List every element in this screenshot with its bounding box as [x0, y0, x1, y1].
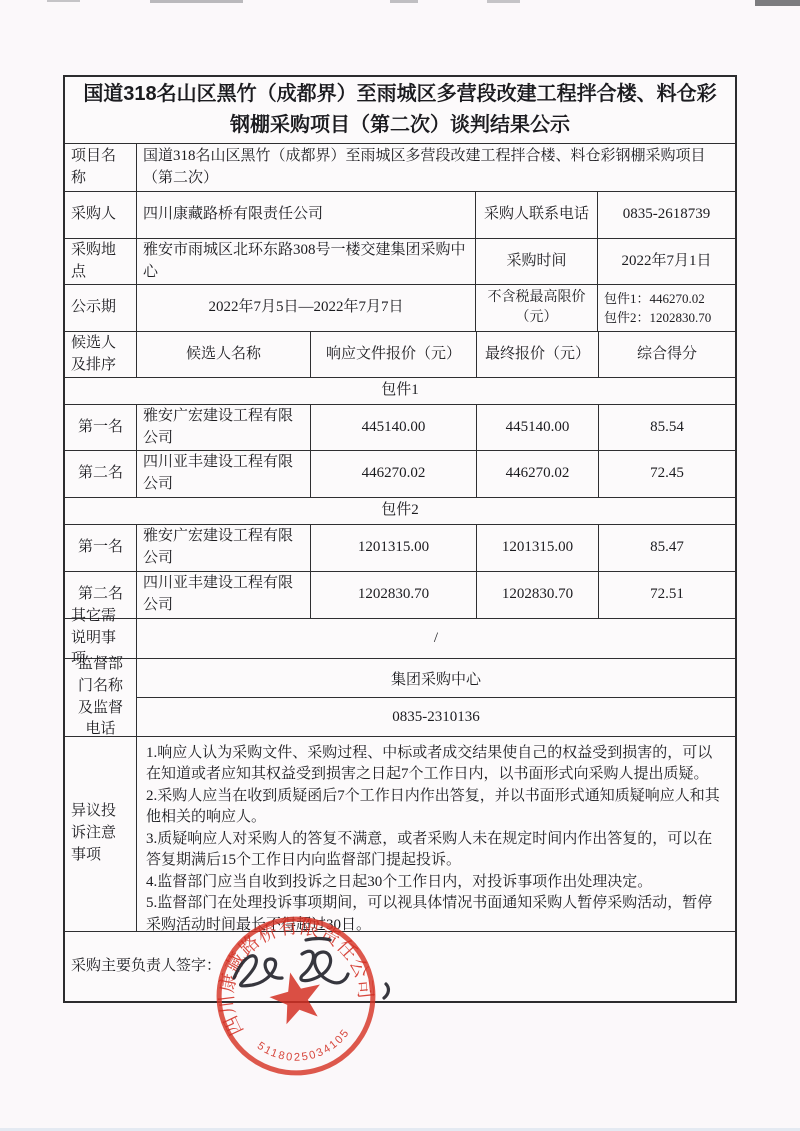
rank-cell: 第一名	[65, 525, 136, 571]
price-limit-pkg1: 包件1：446270.02	[604, 289, 711, 309]
scan-artifact	[47, 0, 80, 2]
table-row: 项目名称 国道318名山区黑竹（成都界）至雨城区多营段改建工程拌合楼、料仓彩钢棚…	[65, 144, 735, 192]
supervision-label: 监督部门名称及监督电话	[65, 659, 136, 736]
candidate-name-cell: 四川亚丰建设工程有限公司	[136, 572, 310, 618]
candidate-name-cell: 雅安广宏建设工程有限公司	[136, 525, 310, 571]
score-cell: 85.47	[598, 525, 735, 571]
purchaser-label: 采购人	[65, 192, 136, 238]
purchase-time-value: 2022年7月1日	[597, 239, 735, 284]
package1-title: 包件1	[65, 378, 735, 404]
objection-label: 异议投诉注意事项	[65, 737, 136, 931]
page-title: 国道318名山区黑竹（成都界）至雨城区多营段改建工程拌合楼、料仓彩钢棚采购项目（…	[65, 77, 735, 143]
other-notes-label: 其它需说明事项	[65, 619, 136, 658]
purchase-time-label: 采购时间	[475, 239, 597, 284]
objection-item-4: 4.监督部门应当自收到投诉之日起30个工作日内，对投诉事项作出处理决定。	[146, 872, 726, 893]
col-header-name: 候选人名称	[136, 332, 310, 377]
score-cell: 85.54	[598, 405, 735, 450]
rank-cell: 第一名	[65, 405, 136, 450]
bid-price-cell: 446270.02	[310, 451, 476, 497]
candidate-row: 第二名 四川亚丰建设工程有限公司 446270.02 446270.02 72.…	[65, 451, 735, 498]
candidate-name-cell: 四川亚丰建设工程有限公司	[136, 451, 310, 497]
purchaser-value: 四川康藏路桥有限责任公司	[136, 192, 475, 238]
price-limit-values: 包件1：446270.02 包件2：1202830.70	[597, 285, 735, 331]
final-price-cell: 445140.00	[476, 405, 598, 450]
bid-price-cell: 1201315.00	[310, 525, 476, 571]
publicity-period-value: 2022年7月5日—2022年7月7日	[136, 285, 475, 331]
scan-artifact	[487, 0, 520, 3]
table-row: 采购地点 雅安市雨城区北环东路308号一楼交建集团采购中心 采购时间 2022年…	[65, 239, 735, 285]
objection-item-3: 3.质疑响应人对采购人的答复不满意，或者采购人未在规定时间内作出答复的，可以在答…	[146, 829, 726, 872]
bid-price-cell: 445140.00	[310, 405, 476, 450]
candidate-name-cell: 雅安广宏建设工程有限公司	[136, 405, 310, 450]
candidate-row: 第一名 雅安广宏建设工程有限公司 445140.00 445140.00 85.…	[65, 405, 735, 451]
supervision-department: 集团采购中心	[137, 659, 735, 698]
col-header-bid: 响应文件报价（元）	[310, 332, 476, 377]
score-cell: 72.45	[598, 451, 735, 497]
objection-row: 异议投诉注意事项 1.响应人认为采购文件、采购过程、中标或者成交结果使自己的权益…	[65, 737, 735, 932]
objection-item-1: 1.响应人认为采购文件、采购过程、中标或者成交结果使自己的权益受到损害的，可以在…	[146, 743, 726, 786]
supervision-phone: 0835-2310136	[137, 698, 735, 736]
table-row: 国道318名山区黑竹（成都界）至雨城区多营段改建工程拌合楼、料仓彩钢棚采购项目（…	[65, 77, 735, 144]
objection-item-2: 2.采购人应当在收到质疑函后7个工作日内作出答复，并以书面形式通知质疑响应人和其…	[146, 786, 726, 829]
package2-title: 包件2	[65, 498, 735, 524]
supervision-row: 监督部门名称及监督电话 集团采购中心 0835-2310136	[65, 659, 735, 737]
scan-artifact	[150, 0, 243, 3]
table-row: 采购人 四川康藏路桥有限责任公司 采购人联系电话 0835-2618739	[65, 192, 735, 239]
bid-price-cell: 1202830.70	[310, 572, 476, 618]
final-price-cell: 1202830.70	[476, 572, 598, 618]
signature-stroke	[306, 939, 330, 941]
price-limit-pkg2: 包件2：1202830.70	[604, 308, 711, 328]
signature-stroke	[301, 951, 348, 983]
table-row: 公示期 2022年7月5日—2022年7月7日 不含税最高限价（元） 包件1：4…	[65, 285, 735, 332]
score-cell: 72.51	[598, 572, 735, 618]
objection-body: 1.响应人认为采购文件、采购过程、中标或者成交结果使自己的权益受到损害的，可以在…	[136, 737, 735, 931]
publicity-period-label: 公示期	[65, 285, 136, 331]
col-header-final: 最终报价（元）	[476, 332, 598, 377]
package-header-row: 包件1	[65, 378, 735, 405]
location-value: 雅安市雨城区北环东路308号一楼交建集团采购中心	[136, 239, 475, 284]
col-header-score: 综合得分	[598, 332, 735, 377]
candidates-header-row: 候选人及排序 候选人名称 响应文件报价（元） 最终报价（元） 综合得分	[65, 332, 735, 378]
project-name-label: 项目名称	[65, 144, 136, 191]
location-label: 采购地点	[65, 239, 136, 284]
purchaser-phone-label: 采购人联系电话	[475, 192, 597, 238]
scan-artifact	[755, 0, 800, 6]
final-price-cell: 1201315.00	[476, 525, 598, 571]
supervision-values: 集团采购中心 0835-2310136	[136, 659, 735, 736]
document-page: 国道318名山区黑竹（成都界）至雨城区多营段改建工程拌合楼、料仓彩钢棚采购项目（…	[0, 0, 800, 1131]
table-row: 其它需说明事项 /	[65, 619, 735, 659]
scan-artifact	[390, 0, 418, 3]
purchaser-phone-value: 0835-2618739	[597, 192, 735, 238]
other-notes-value: /	[136, 619, 735, 658]
candidate-row: 第二名 四川亚丰建设工程有限公司 1202830.70 1202830.70 7…	[65, 572, 735, 619]
result-table: 国道318名山区黑竹（成都界）至雨城区多营段改建工程拌合楼、料仓彩钢棚采购项目（…	[63, 75, 737, 1003]
handwritten-signature	[218, 928, 428, 1018]
col-header-rank: 候选人及排序	[65, 332, 136, 377]
rank-cell: 第二名	[65, 451, 136, 497]
price-limit-label: 不含税最高限价（元）	[475, 285, 597, 331]
package-header-row: 包件2	[65, 498, 735, 525]
signature-stroke	[234, 956, 282, 986]
project-name-value: 国道318名山区黑竹（成都界）至雨城区多营段改建工程拌合楼、料仓彩钢棚采购项目（…	[136, 144, 735, 191]
candidate-row: 第一名 雅安广宏建设工程有限公司 1201315.00 1201315.00 8…	[65, 525, 735, 572]
final-price-cell: 446270.02	[476, 451, 598, 497]
signature-comma-stroke	[384, 984, 388, 998]
